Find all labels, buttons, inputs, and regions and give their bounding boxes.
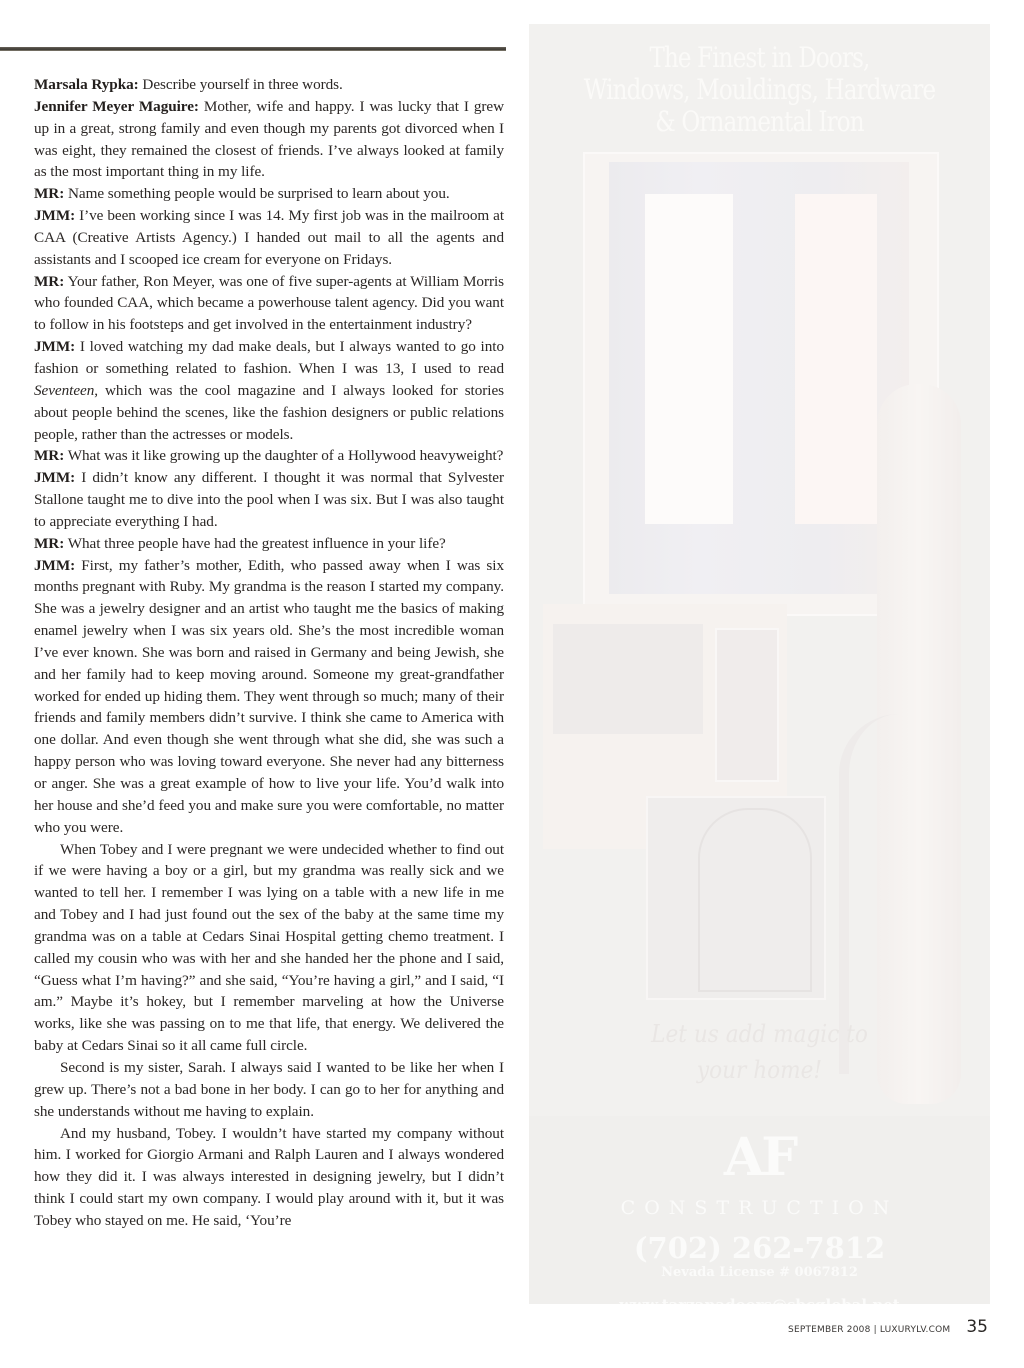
speaker-label: MR: [34,185,64,202]
paragraph-text: First, my father’s mother, Edith, who pa… [34,557,504,836]
qa-paragraph: MR: Your father, Ron Meyer, was one of f… [34,271,504,337]
af-logo: AF [529,1132,990,1184]
ad-headline: The Finest in Doors, Windows, Mouldings,… [570,42,948,138]
door-glass-pane [645,194,733,524]
speaker-label: MR: [34,273,64,290]
speaker-label: JMM: [34,207,75,224]
qa-paragraph: JMM: I didn’t know any different. I thou… [34,467,504,533]
qa-paragraph: Marsala Rypka: Describe yourself in thre… [34,74,504,96]
qa-paragraph: JMM: I’ve been working since I was 14. M… [34,205,504,271]
speaker-label: Marsala Rypka: [34,76,139,93]
room-window-image [553,624,703,734]
paragraph-text: I’ve been working since I was 14. My fir… [34,207,504,268]
body-paragraph: Second is my sister, Sarah. I always sai… [34,1057,504,1123]
ad-tagline: Let us add magic to your home! [552,1016,967,1088]
license-number: Nevada License # 0067812 [529,1265,990,1281]
paragraph-text: What three people have had the greatest … [64,535,446,552]
paragraph-text: , which was the cool magazine and I alwa… [34,382,504,443]
af-construction-advertisement: The Finest in Doors, Windows, Mouldings,… [529,24,990,1304]
qa-paragraph: Jennifer Meyer Maguire: Mother, wife and… [34,96,504,183]
ad-tagline-line: your home! [552,1052,967,1088]
ad-headline-line: The Finest in Doors, [570,42,948,74]
ad-headline-line: & Ornamental Iron [570,106,948,138]
website-link[interactable]: www.tarzanadoors@sbcglobal.net [529,1296,990,1304]
paragraph-text: What was it like growing up the daughter… [64,447,503,464]
issue-and-site: SEPTEMBER 2008 | LUXURYLV.COM [788,1325,950,1335]
paragraph-text: Your father, Ron Meyer, was one of five … [34,273,504,334]
paragraph-text: Name something people would be surprised… [64,185,449,202]
company-name: CONSTRUCTION [529,1196,990,1220]
speaker-label: JMM: [34,557,75,574]
ad-headline-line: Windows, Mouldings, Hardware [570,74,948,106]
speaker-label: JMM: [34,338,75,355]
speaker-label: MR: [34,447,64,464]
phone-number: (702) 262-7812 [529,1232,990,1264]
speaker-label: Jennifer Meyer Maguire: [34,98,199,115]
qa-paragraph: MR: Name something people would be surpr… [34,183,504,205]
french-door-image [609,162,909,594]
body-paragraph: When Tobey and I were pregnant we were u… [34,839,504,1057]
magazine-title: Seventeen [34,382,94,399]
page-number: 35 [966,1317,988,1337]
top-rule [0,47,506,51]
speaker-label: JMM: [34,469,75,486]
page-footer: SEPTEMBER 2008 | LUXURYLV.COM 35 [788,1317,988,1337]
body-paragraph: And my husband, Tobey. I wouldn’t have s… [34,1123,504,1232]
qa-paragraph: MR: What was it like growing up the daug… [34,445,504,467]
qa-paragraph: MR: What three people have had the great… [34,533,504,555]
ornamental-iron-gate-image [698,808,812,992]
speaker-label: MR: [34,535,64,552]
qa-paragraph: JMM: First, my father’s mother, Edith, w… [34,555,504,839]
qa-paragraph: JMM: I loved watching my dad make deals,… [34,336,504,445]
iron-gate-photo [646,796,826,1000]
ad-tagline-line: Let us add magic to [552,1016,967,1052]
interview-article: Marsala Rypka: Describe yourself in thre… [34,74,504,1232]
paragraph-text: Describe yourself in three words. [139,76,343,93]
paragraph-text: I didn’t know any different. I thought i… [34,469,504,530]
paragraph-text: I loved watching my dad make deals, but … [34,338,504,377]
interior-door-image [715,628,779,782]
door-glass-pane [795,194,877,524]
